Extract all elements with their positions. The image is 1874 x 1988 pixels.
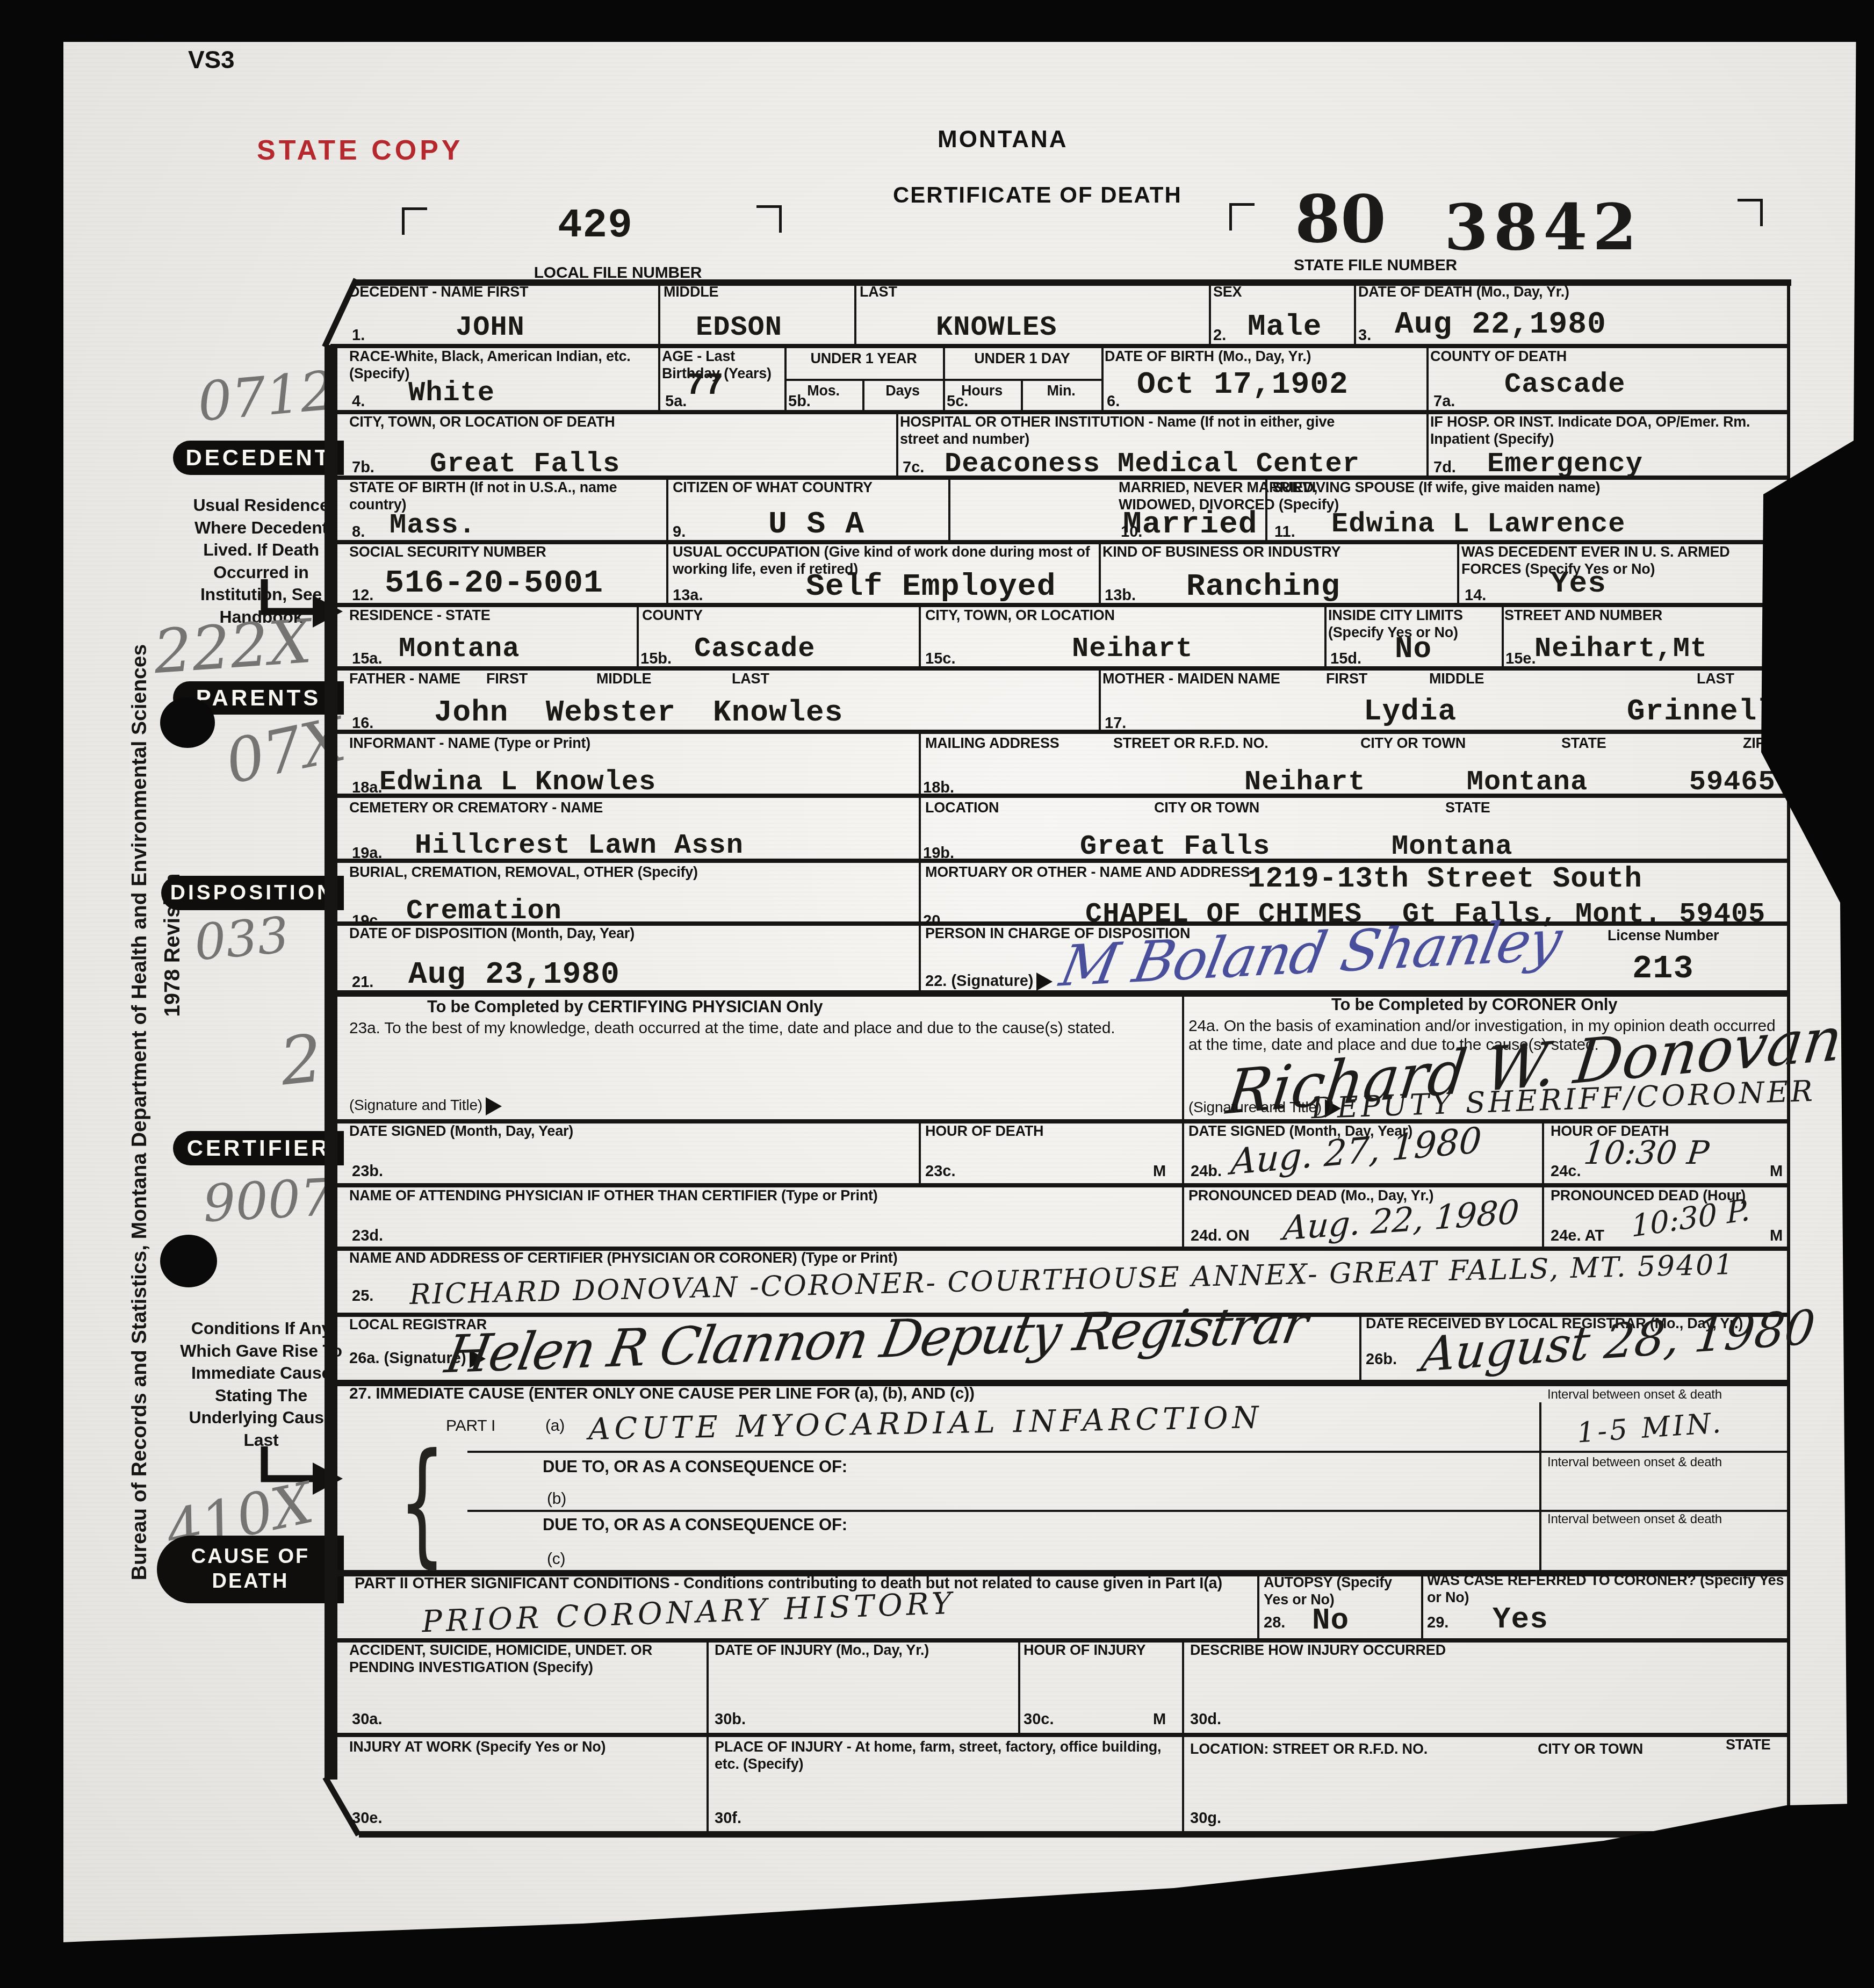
field-15c-value: Neihart [1072, 635, 1193, 663]
due-to-label-1: DUE TO, OR AS A CONSEQUENCE OF: [543, 1457, 847, 1477]
meridiem-m: M [1153, 1163, 1166, 1180]
field-17-first-label: FIRST [1326, 671, 1367, 688]
local-file-number-value: 429 [558, 205, 633, 246]
field-2-num: 2. [1213, 327, 1226, 344]
rule [330, 344, 1789, 348]
field-20-label: MORTUARY OR OTHER - NAME AND ADDRESS [925, 864, 1250, 881]
field-29-value: Yes [1493, 1604, 1548, 1634]
signature-title-text: (Signature and Title) [1188, 1099, 1322, 1115]
field-9-value: U S A [768, 509, 864, 541]
field-7c-num: 7c. [903, 459, 924, 477]
field-24e-num-text: 24e. [1551, 1227, 1581, 1244]
field-30b-num: 30b. [715, 1711, 746, 1728]
field-5b-num: 5b. [788, 393, 811, 410]
field-5c-num: 5c. [947, 393, 968, 410]
rule [467, 1451, 1789, 1453]
field-13a-value: Self Employed [806, 572, 1056, 603]
field-15e-num: 15e. [1505, 650, 1536, 668]
rule [1182, 990, 1184, 1247]
meridiem-m: M [1153, 1711, 1166, 1728]
field-1-value: JOHN [456, 314, 525, 342]
field-2-label: SEX [1213, 284, 1242, 301]
field-27-label: 27. IMMEDIATE CAUSE (ENTER ONLY ONE CAUS… [349, 1384, 975, 1403]
rule [1182, 1638, 1184, 1733]
rule [1502, 603, 1504, 666]
tab-decedent: DECEDENT [173, 441, 344, 475]
photo-edge-curl [1692, 0, 1874, 1988]
field-15d-value: No [1395, 634, 1432, 664]
field-24e-at: AT [1584, 1227, 1604, 1244]
field-18b-state-label: STATE [1561, 735, 1606, 752]
rule [1099, 666, 1101, 730]
field-18b-label: MAILING ADDRESS [925, 735, 1059, 752]
field-18b-num: 18b. [923, 779, 954, 797]
rule [919, 1119, 921, 1183]
field-24c-num: 24c. [1551, 1163, 1581, 1180]
field-25-label: NAME AND ADDRESS OF CERTIFIER (PHYSICIAN… [349, 1250, 897, 1267]
field-19b-num: 19b. [923, 845, 954, 862]
form-code: VS3 [188, 45, 234, 74]
rule [1099, 540, 1101, 603]
field-15b-value: Cascade [694, 635, 815, 663]
field-17-label: MOTHER - MAIDEN NAME [1102, 671, 1280, 688]
field-18b-city-label: CITY OR TOWN [1360, 735, 1466, 752]
field-7b-value: Great Falls [430, 450, 620, 478]
field-15e-label: STREET AND NUMBER [1504, 607, 1662, 624]
rule [330, 1183, 1789, 1187]
field-30g-city-label: CITY OR TOWN [1538, 1741, 1643, 1758]
field-21-value: Aug 23,1980 [408, 960, 620, 991]
field-30a-label: ACCIDENT, SUICIDE, HOMICIDE, UNDET. OR P… [349, 1642, 696, 1676]
field-7c-label: HOSPITAL OR OTHER INSTITUTION - Name (If… [900, 414, 1367, 448]
field-30b-label: DATE OF INJURY (Mo., Day, Yr.) [715, 1642, 1015, 1659]
field-23b-label: DATE SIGNED (Month, Day, Year) [349, 1123, 573, 1140]
field-6-value: Oct 17,1902 [1137, 370, 1349, 401]
field-23b-num: 23b. [352, 1163, 383, 1180]
field-18b-street-label: STREET OR R.F.D. NO. [1113, 735, 1268, 752]
field-23c-num: 23c. [925, 1163, 955, 1180]
pencil-code: 222X [152, 611, 313, 682]
field-26b-num: 26b. [1366, 1351, 1397, 1368]
field-21-label: DATE OF DISPOSITION (Month, Day, Year) [349, 925, 635, 942]
rule [1542, 1119, 1544, 1247]
rule [1539, 1402, 1541, 1570]
state-file-number-label: STATE FILE NUMBER [1263, 256, 1488, 275]
field-28-value: No [1312, 1605, 1349, 1636]
field-23d-label: NAME OF ATTENDING PHYSICIAN IF OTHER THA… [349, 1187, 878, 1205]
field-12-value: 516-20-5001 [385, 567, 603, 600]
field-12-label: SOCIAL SECURITY NUMBER [349, 544, 546, 561]
field-17-value-first: Lydia [1364, 696, 1457, 726]
line-a-label: (a) [545, 1416, 565, 1435]
photo-edge [0, 0, 1874, 42]
tab-cause-of-death: CAUSE OFDEATH [157, 1536, 344, 1603]
field-15a-label: RESIDENCE - STATE [349, 607, 491, 624]
field-6-num: 6. [1107, 393, 1120, 410]
rule [896, 410, 898, 476]
field-18a-num: 18a. [352, 779, 382, 797]
rule [637, 603, 639, 666]
field-17-num: 17. [1105, 715, 1126, 732]
license-number-value: 213 [1632, 952, 1694, 985]
death-certificate-scan: VS3 STATE COPY MONTANA CERTIFICATE OF DE… [0, 0, 1874, 1988]
rule [1018, 1638, 1020, 1733]
brace-icon: { [399, 1436, 445, 1570]
field-29-num: 29. [1427, 1614, 1448, 1632]
rule [1324, 603, 1327, 666]
field-15e-value: Neihart,Mt [1534, 635, 1707, 663]
field-4-label: RACE-White, Black, American Indian, etc.… [349, 348, 653, 383]
field-24d-num: 24d. ON [1191, 1227, 1250, 1245]
rule [919, 794, 921, 859]
rule [330, 1733, 1789, 1737]
rule [355, 279, 1791, 286]
field-1-label: DECEDENT - NAME FIRST [349, 284, 528, 301]
rule [919, 921, 921, 990]
rule [707, 1638, 709, 1733]
field-16-value: John Webster Knowles [434, 697, 843, 728]
field-8-num: 8. [352, 523, 365, 541]
field-16-label: FATHER - NAME [349, 671, 460, 688]
field-5c-label: UNDER 1 DAY [943, 350, 1101, 368]
field-16-num: 16. [352, 715, 373, 732]
field-5a-num: 5a. [665, 393, 687, 410]
field-middle-value: EDSON [696, 314, 782, 342]
field-25-num: 25. [352, 1287, 373, 1305]
field-11-num: 11. [1274, 523, 1295, 541]
pencil-code: 033 [192, 911, 291, 968]
field-14-num: 14. [1465, 587, 1486, 604]
field-19b-value-state: Montana [1392, 833, 1512, 861]
field-7d-num: 7d. [1433, 459, 1456, 477]
corner-mark-icon [756, 205, 782, 233]
rule [1257, 1570, 1259, 1638]
field-19b-state-label: STATE [1445, 799, 1490, 817]
rule [919, 730, 921, 794]
field-10-value: Married [1123, 509, 1258, 541]
field-16-last-label: LAST [732, 671, 769, 688]
field-18a-label: INFORMANT - NAME (Type or Print) [349, 735, 590, 752]
field-6-label: DATE OF BIRTH (Mo., Day, Yr.) [1105, 348, 1311, 365]
state-file-number-stamp: 3842 [1444, 196, 1642, 259]
field-19a-num: 19a. [352, 845, 382, 862]
pencil-code: 9007 [202, 1172, 334, 1230]
line-b-label: (b) [547, 1489, 566, 1508]
signature-title-text: (Signature and Title) [349, 1097, 482, 1113]
field-13b-value: Ranching [1186, 572, 1340, 603]
rule [1426, 344, 1429, 410]
corner-mark-icon [1229, 203, 1255, 231]
field-1-num: 1. [352, 327, 365, 344]
field-9-label: CITIZEN OF WHAT COUNTRY [673, 479, 873, 496]
field-24e-num: 24e. AT [1551, 1227, 1604, 1245]
rule [919, 859, 921, 921]
state-name: MONTANA [938, 126, 1068, 154]
field-20-address1: 1219-13th Street South [1248, 865, 1642, 894]
field-26a-num-text: 26a. [349, 1350, 379, 1367]
field-7a-value: Cascade [1504, 371, 1625, 399]
signature-title-label-left: (Signature and Title) [349, 1096, 502, 1115]
field-19b-value-city: Great Falls [1080, 833, 1270, 861]
field-16-middle-label: MIDDLE [596, 671, 651, 688]
rule [330, 666, 1789, 671]
field-last-label: LAST [860, 284, 897, 301]
rule [330, 603, 1789, 607]
field-30g-label: LOCATION: STREET OR R.F.D. NO. [1190, 1741, 1428, 1758]
field-7c-value: Deaconess Medical Center [945, 450, 1360, 478]
rule [919, 603, 921, 666]
rule [1359, 1313, 1361, 1380]
field-11-value: Edwina L Lawrence [1331, 510, 1626, 538]
field-30c-label: HOUR OF INJURY [1024, 1642, 1177, 1659]
sub-min-label: Min. [1021, 383, 1101, 400]
tab-certifier: CERTIFIER [173, 1131, 344, 1165]
rule [1101, 344, 1104, 410]
field-30d-num: 30d. [1190, 1711, 1221, 1728]
field-23c-label: HOUR OF DEATH [925, 1123, 1043, 1140]
revision-vertical-text: 1978 Revision [161, 832, 185, 1058]
field-19c-value: Cremation [406, 897, 562, 925]
part1-label: PART I [446, 1416, 495, 1435]
field-15c-num: 15c. [925, 650, 955, 668]
field-18a-value: Edwina L Knowles [379, 768, 656, 796]
field-22-num: 22. (Signature) [925, 973, 1053, 991]
rule [1209, 279, 1211, 344]
field-24d-on: ON [1226, 1227, 1250, 1244]
field-15d-num: 15d. [1330, 650, 1361, 668]
field-7b-label: CITY, TOWN, OR LOCATION OF DEATH [349, 414, 615, 431]
field-10-num: 10. [1121, 523, 1142, 541]
field-28-num: 28. [1264, 1614, 1285, 1632]
field-3-num: 3. [1358, 327, 1371, 344]
physician-section-head: To be Completed by CERTIFYING PHYSICIAN … [427, 997, 823, 1017]
field-3-label: DATE OF DEATH (Mo., Day, Yr.) [1358, 284, 1569, 301]
field-24b-num: 24b. [1191, 1163, 1222, 1180]
tab-disposition: DISPOSITION [161, 876, 344, 910]
statement-23a: 23a. To the best of my knowledge, death … [349, 1019, 1171, 1038]
field-7d-value: Emergency [1487, 450, 1643, 478]
field-19a-label: CEMETERY OR CREMATORY - NAME [349, 799, 603, 817]
field-15a-value: Montana [399, 635, 520, 663]
field-12-num: 12. [352, 587, 373, 604]
field-22-num-text: 22. [925, 973, 947, 990]
signature-label: (Signature) [951, 973, 1033, 990]
rule [948, 476, 950, 540]
field-2-value: Male [1248, 312, 1322, 342]
field-7a-num: 7a. [1433, 393, 1455, 410]
field-30c-num: 30c. [1024, 1711, 1054, 1728]
field-15b-label: COUNTY [642, 607, 703, 624]
tab-cause-line2: DEATH [212, 1569, 289, 1594]
tab-cause-line1: CAUSE OF [191, 1545, 309, 1569]
hole-punch [160, 1235, 217, 1287]
left-border-bar [325, 345, 337, 1780]
field-middle-label: MIDDLE [664, 284, 718, 301]
field-19a-value: Hillcrest Lawn Assn [415, 832, 744, 860]
rule [666, 540, 668, 603]
rule [1457, 540, 1459, 603]
field-5b-label: UNDER 1 YEAR [784, 350, 943, 368]
field-14-value: Yes [1551, 568, 1606, 599]
state-copy-stamp: STATE COPY [257, 134, 464, 167]
hole-punch [160, 697, 215, 748]
state-file-year-stamp: 80 [1295, 186, 1386, 251]
rule [1354, 279, 1356, 344]
rule [1426, 410, 1429, 476]
rule [1421, 1570, 1423, 1638]
coroner-section-head: To be Completed by CORONER Only [1331, 995, 1617, 1015]
field-last-value: KNOWLES [936, 314, 1057, 342]
signature-arrow-icon [486, 1097, 502, 1115]
field-13a-num: 13a. [673, 587, 703, 604]
field-15c-label: CITY, TOWN, OR LOCATION [925, 607, 1115, 624]
field-24d-num-text: 24d. [1191, 1227, 1222, 1244]
pencil-code: 2 [277, 1025, 326, 1094]
rule [666, 476, 668, 540]
field-4-num: 4. [352, 393, 365, 410]
field-8-label: STATE OF BIRTH (If not in U.S.A., name c… [349, 479, 653, 514]
field-24c-value: 10:30 P [1582, 1137, 1711, 1169]
field-15b-num: 15b. [640, 650, 672, 668]
field-15a-num: 15a. [352, 650, 382, 668]
pencil-code: 0712 [196, 364, 336, 429]
field-19b-city-label: CITY OR TOWN [1154, 799, 1259, 817]
bureau-vertical-text: Bureau of Records and Statistics, Montan… [128, 580, 154, 1644]
field-30a-num: 30a. [352, 1711, 382, 1728]
field-19b-label: LOCATION [925, 799, 999, 817]
part2-label: PART II OTHER SIGNIFICANT CONDITIONS - C… [355, 1574, 1252, 1593]
rule [854, 279, 856, 344]
field-4-value: White [408, 379, 495, 407]
field-21-num: 21. [352, 974, 373, 991]
line-c-label: (c) [547, 1550, 565, 1568]
field-13b-label: KIND OF BUSINESS OR INDUSTRY [1102, 544, 1340, 561]
rule [658, 279, 660, 344]
field-9-num: 9. [673, 523, 686, 541]
field-30f-label: PLACE OF INJURY - At home, farm, street,… [715, 1739, 1177, 1773]
field-7b-num: 7b. [352, 459, 374, 477]
field-3-value: Aug 22,1980 [1395, 309, 1606, 341]
photo-edge-bottom [0, 1795, 1874, 1988]
rule [330, 730, 1789, 734]
signature-arrow-icon [1036, 973, 1053, 991]
corner-mark-icon [402, 207, 427, 235]
field-30d-label: DESCRIBE HOW INJURY OCCURRED [1190, 1642, 1446, 1659]
sub-days-label: Days [862, 383, 943, 400]
field-13b-num: 13b. [1105, 587, 1136, 604]
rule [658, 344, 660, 410]
conditions-note: Conditions If Any Which Gave Rise To Imm… [177, 1317, 345, 1452]
field-30e-label: INJURY AT WORK (Specify Yes or No) [349, 1739, 704, 1756]
field-8-value: Mass. [390, 512, 476, 539]
field-16-first-label: FIRST [486, 671, 528, 688]
field-7a-label: COUNTY OF DEATH [1430, 348, 1567, 365]
photo-edge [0, 0, 63, 1988]
field-5a-value: 77 [686, 371, 724, 402]
due-to-label-2: DUE TO, OR AS A CONSEQUENCE OF: [543, 1515, 847, 1535]
field-23d-num: 23d. [352, 1227, 383, 1245]
field-19c-label: BURIAL, CREMATION, REMOVAL, OTHER (Speci… [349, 864, 698, 881]
field-17-middle-label: MIDDLE [1429, 671, 1484, 688]
certificate-title: CERTIFICATE OF DEATH [893, 182, 1182, 208]
